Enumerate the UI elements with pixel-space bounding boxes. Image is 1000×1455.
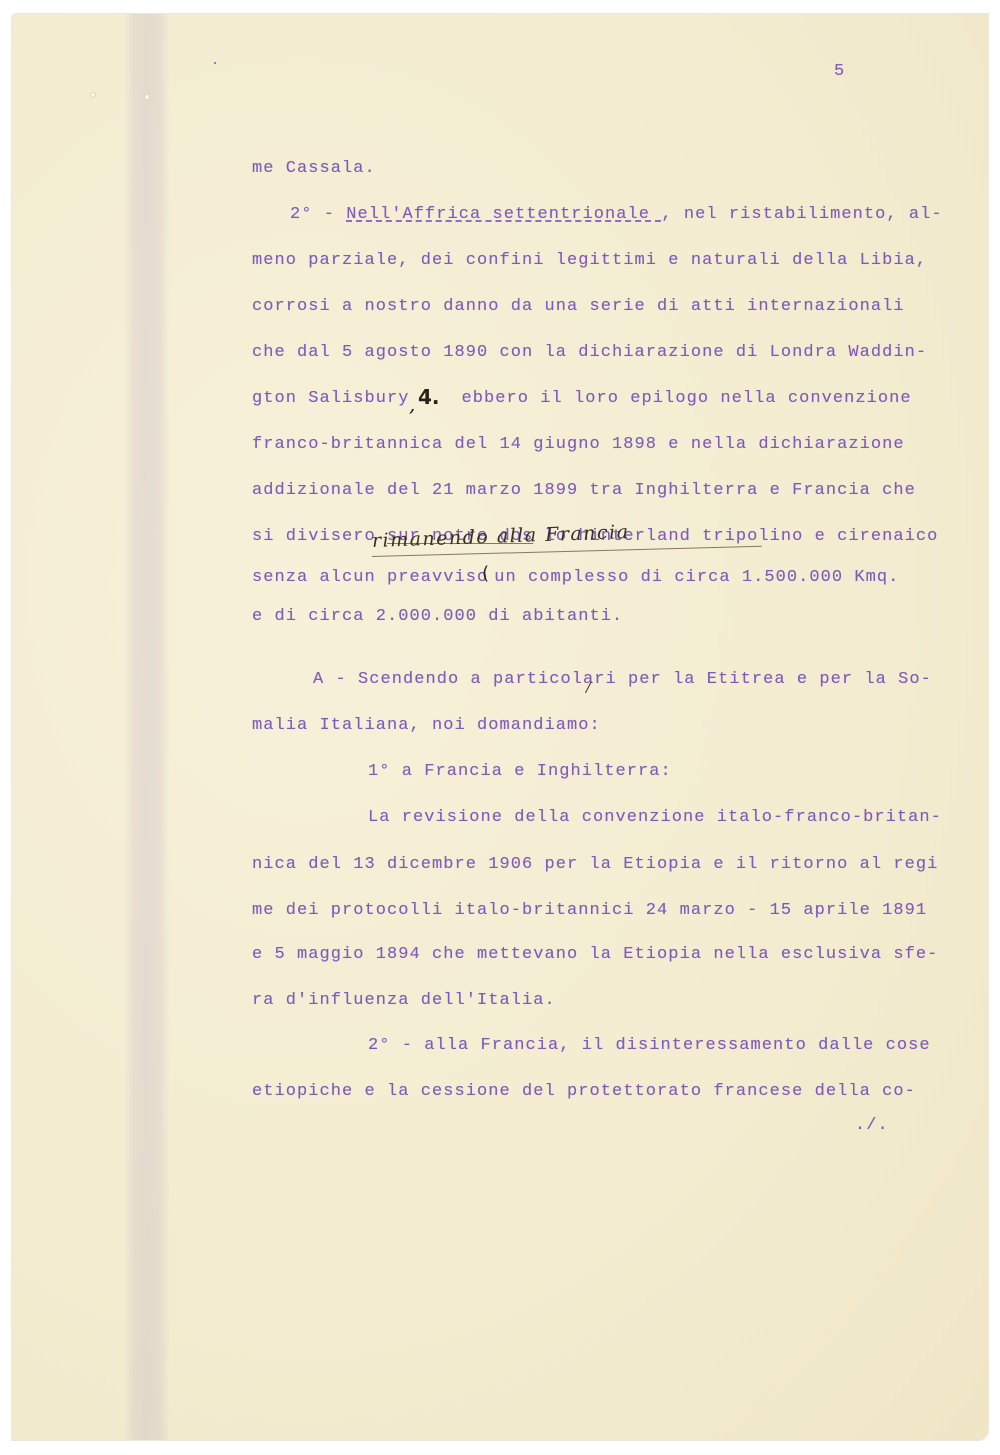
underlined-heading: Nell'Affrica settentrionale — [346, 205, 661, 224]
continuation-mark: ./. — [855, 1116, 889, 1136]
text-line: 1° a Francia e Inghilterra: — [368, 762, 672, 782]
text-fragment: si divisero — [252, 527, 387, 546]
text-line: La revisione della convenzione italo-fra… — [368, 808, 942, 828]
punch-hole — [144, 94, 150, 100]
text-line: che dal 5 agosto 1890 con la dichiarazio… — [252, 343, 927, 363]
text-fragment: senza alcun preavviso — [252, 568, 488, 587]
handwritten-caret: ( — [482, 563, 489, 584]
handwritten-comma: , — [409, 392, 415, 416]
text-line: A - Scendendo a particolari per la Etitr… — [313, 670, 932, 690]
text-line: me dei protocolli italo-britannici 24 ma… — [252, 901, 927, 921]
text-line: e 5 maggio 1894 che mettevano la Etiopia… — [252, 945, 938, 965]
text-line: senza alcun preavvisoun complesso di cir… — [252, 568, 899, 588]
text-fragment: gton Salisbury — [252, 389, 410, 408]
text-line: addizionale del 21 marzo 1899 tra Inghil… — [252, 481, 916, 501]
text-fragment: un complesso di circa 1.500.000 Kmq. — [494, 568, 899, 587]
text-line: corrosi a nostro danno da una serie di a… — [252, 297, 905, 317]
text-line: 2° - alla Francia, il disinteressamento … — [368, 1036, 931, 1056]
text-line: etiopiche e la cessione del protettorato… — [252, 1082, 916, 1102]
text-line: malia Italiana, noi domandiamo: — [252, 716, 601, 736]
text-line: e di circa 2.000.000 di abitanti. — [252, 607, 623, 627]
text-line: nica del 13 dicembre 1906 per la Etiopia… — [252, 855, 938, 875]
text-line: gton Salisburyebbero il loro epilogo nel… — [252, 389, 912, 409]
punch-hole — [90, 92, 96, 98]
text-line: franco-britannica del 14 giugno 1898 e n… — [252, 435, 905, 455]
text-line: me Cassala. — [252, 159, 376, 179]
text-fragment: ebbero il loro epilogo nella convenzione — [462, 389, 912, 408]
page-number: 5 — [834, 62, 845, 82]
handwritten-comma: / — [586, 680, 591, 696]
handwritten-insert-mark: 4. — [418, 385, 440, 409]
section-number: 2° - — [290, 205, 346, 224]
text-line: 2° - Nell'Affrica settentrionale , nel r… — [290, 205, 943, 225]
ink-speck — [214, 62, 216, 64]
text-line: ra d'influenza dell'Italia. — [252, 991, 556, 1011]
text-fragment: , nel ristabilimento, al- — [661, 205, 942, 224]
text-line: meno parziale, dei confini legittimi e n… — [252, 251, 927, 271]
